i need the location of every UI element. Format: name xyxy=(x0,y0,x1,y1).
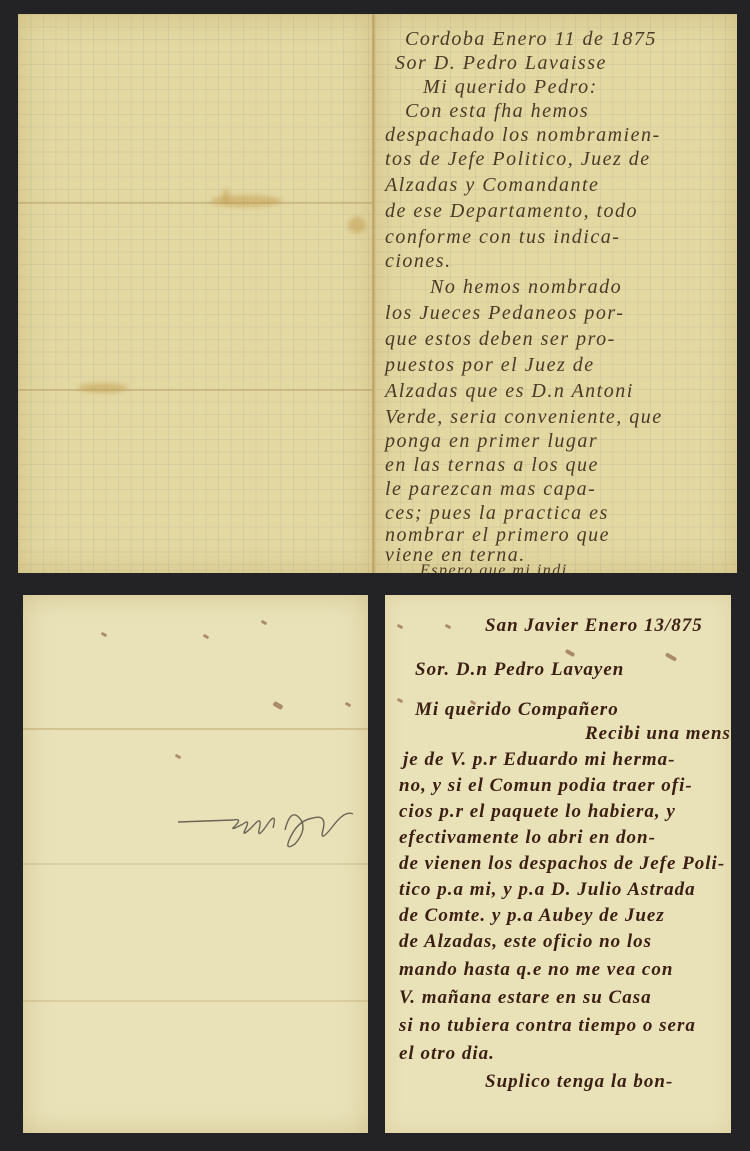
letter-2-blank-page xyxy=(23,595,368,1133)
handwriting-line: tico p.a mi, y p.a D. Julio Astrada xyxy=(399,879,696,901)
handwriting-line: en las ternas a los que xyxy=(385,454,599,477)
handwriting-line: Alzadas que es D.n Antoni xyxy=(385,380,634,403)
handwriting-line: Suplico tenga la bon- xyxy=(485,1071,673,1093)
handwriting-line: puestos por el Juez de xyxy=(385,354,595,377)
handwriting-line: Mi querido Compañero xyxy=(415,699,619,721)
handwriting-line: los Jueces Pedaneos por- xyxy=(385,302,624,325)
handwriting-line: San Javier Enero 13/875 xyxy=(485,615,703,637)
handwriting-line: Sor. D.n Pedro Lavayen xyxy=(415,659,624,681)
handwriting-line: V. mañana estare en su Casa xyxy=(399,987,652,1009)
ink-spot xyxy=(565,649,576,657)
handwriting-line: de Alzadas, este oficio no los xyxy=(399,931,652,953)
handwriting-line: Con esta fha hemos xyxy=(405,100,589,123)
fold-crease xyxy=(18,202,373,204)
letter-1-written-page: Cordoba Enero 11 de 1875 Sor D. Pedro La… xyxy=(375,14,737,573)
ink-spot xyxy=(397,698,404,704)
stain xyxy=(210,195,282,207)
handwriting-line: de vienen los despachos de Jefe Poli- xyxy=(399,853,725,875)
handwriting-line: si no tubiera contra tiempo o sera xyxy=(399,1015,696,1037)
handwriting-line: Alzadas y Comandante xyxy=(385,174,599,197)
handwriting-line: Mi querido Pedro: xyxy=(423,76,598,99)
ink-spot xyxy=(101,632,108,638)
handwriting-line: ponga en primer lugar xyxy=(385,430,598,453)
ink-spot xyxy=(272,701,283,710)
handwriting-line: Verde, seria conveniente, que xyxy=(385,406,663,429)
handwriting-line: efectivamente lo abri en don- xyxy=(399,827,656,849)
handwriting-line: no, y si el Comun podia traer ofi- xyxy=(399,775,693,797)
handwriting-line: que estos deben ser pro- xyxy=(385,328,616,351)
handwriting-line: No hemos nombrado xyxy=(430,276,622,299)
stain xyxy=(78,383,128,393)
ink-spot xyxy=(203,634,210,640)
handwriting-line: tos de Jefe Politico, Juez de xyxy=(385,148,651,171)
inverted-signature xyxy=(173,800,363,850)
handwriting-line: mando hasta q.e no me vea con xyxy=(399,959,673,981)
handwriting-line: de ese Departamento, todo xyxy=(385,200,638,223)
handwriting-line: Espero que mi indi xyxy=(420,562,568,573)
ink-spot xyxy=(345,702,352,708)
handwriting-line: el otro dia. xyxy=(399,1043,495,1065)
letter-2-written-page: San Javier Enero 13/875 Sor. D.n Pedro L… xyxy=(385,595,731,1133)
fold-crease xyxy=(18,389,373,391)
page-aging xyxy=(18,14,373,573)
ink-spot xyxy=(261,620,268,626)
handwriting-line: ces; pues la practica es xyxy=(385,502,609,525)
fold-crease xyxy=(23,728,368,730)
handwriting-line: je de V. p.r Eduardo mi herma- xyxy=(403,749,675,771)
ink-spot xyxy=(397,624,404,630)
letter-1-bifolium: Cordoba Enero 11 de 1875 Sor D. Pedro La… xyxy=(18,14,737,573)
handwriting-line: ciones. xyxy=(385,250,452,273)
letter-1-blank-page xyxy=(18,14,373,573)
handwriting-line: Cordoba Enero 11 de 1875 xyxy=(405,28,657,51)
fold-crease xyxy=(23,1000,368,1002)
handwriting-line: Sor D. Pedro Lavaisse xyxy=(395,52,607,75)
handwriting-line: despachado los nombramien- xyxy=(385,124,661,147)
ink-spot xyxy=(445,624,452,630)
handwriting-line: cios p.r el paquete lo habiera, y xyxy=(399,801,676,823)
stain xyxy=(223,189,229,203)
handwriting-line: de Comte. y p.a Aubey de Juez xyxy=(399,905,665,927)
ink-spot xyxy=(665,652,677,661)
handwriting-line: conforme con tus indica- xyxy=(385,226,620,249)
handwriting-line: Recibi una mensa- xyxy=(585,723,731,745)
fold-crease xyxy=(23,863,368,865)
ink-spot xyxy=(175,754,182,760)
stain xyxy=(348,217,366,233)
handwriting-line: le parezcan mas capa- xyxy=(385,478,596,501)
